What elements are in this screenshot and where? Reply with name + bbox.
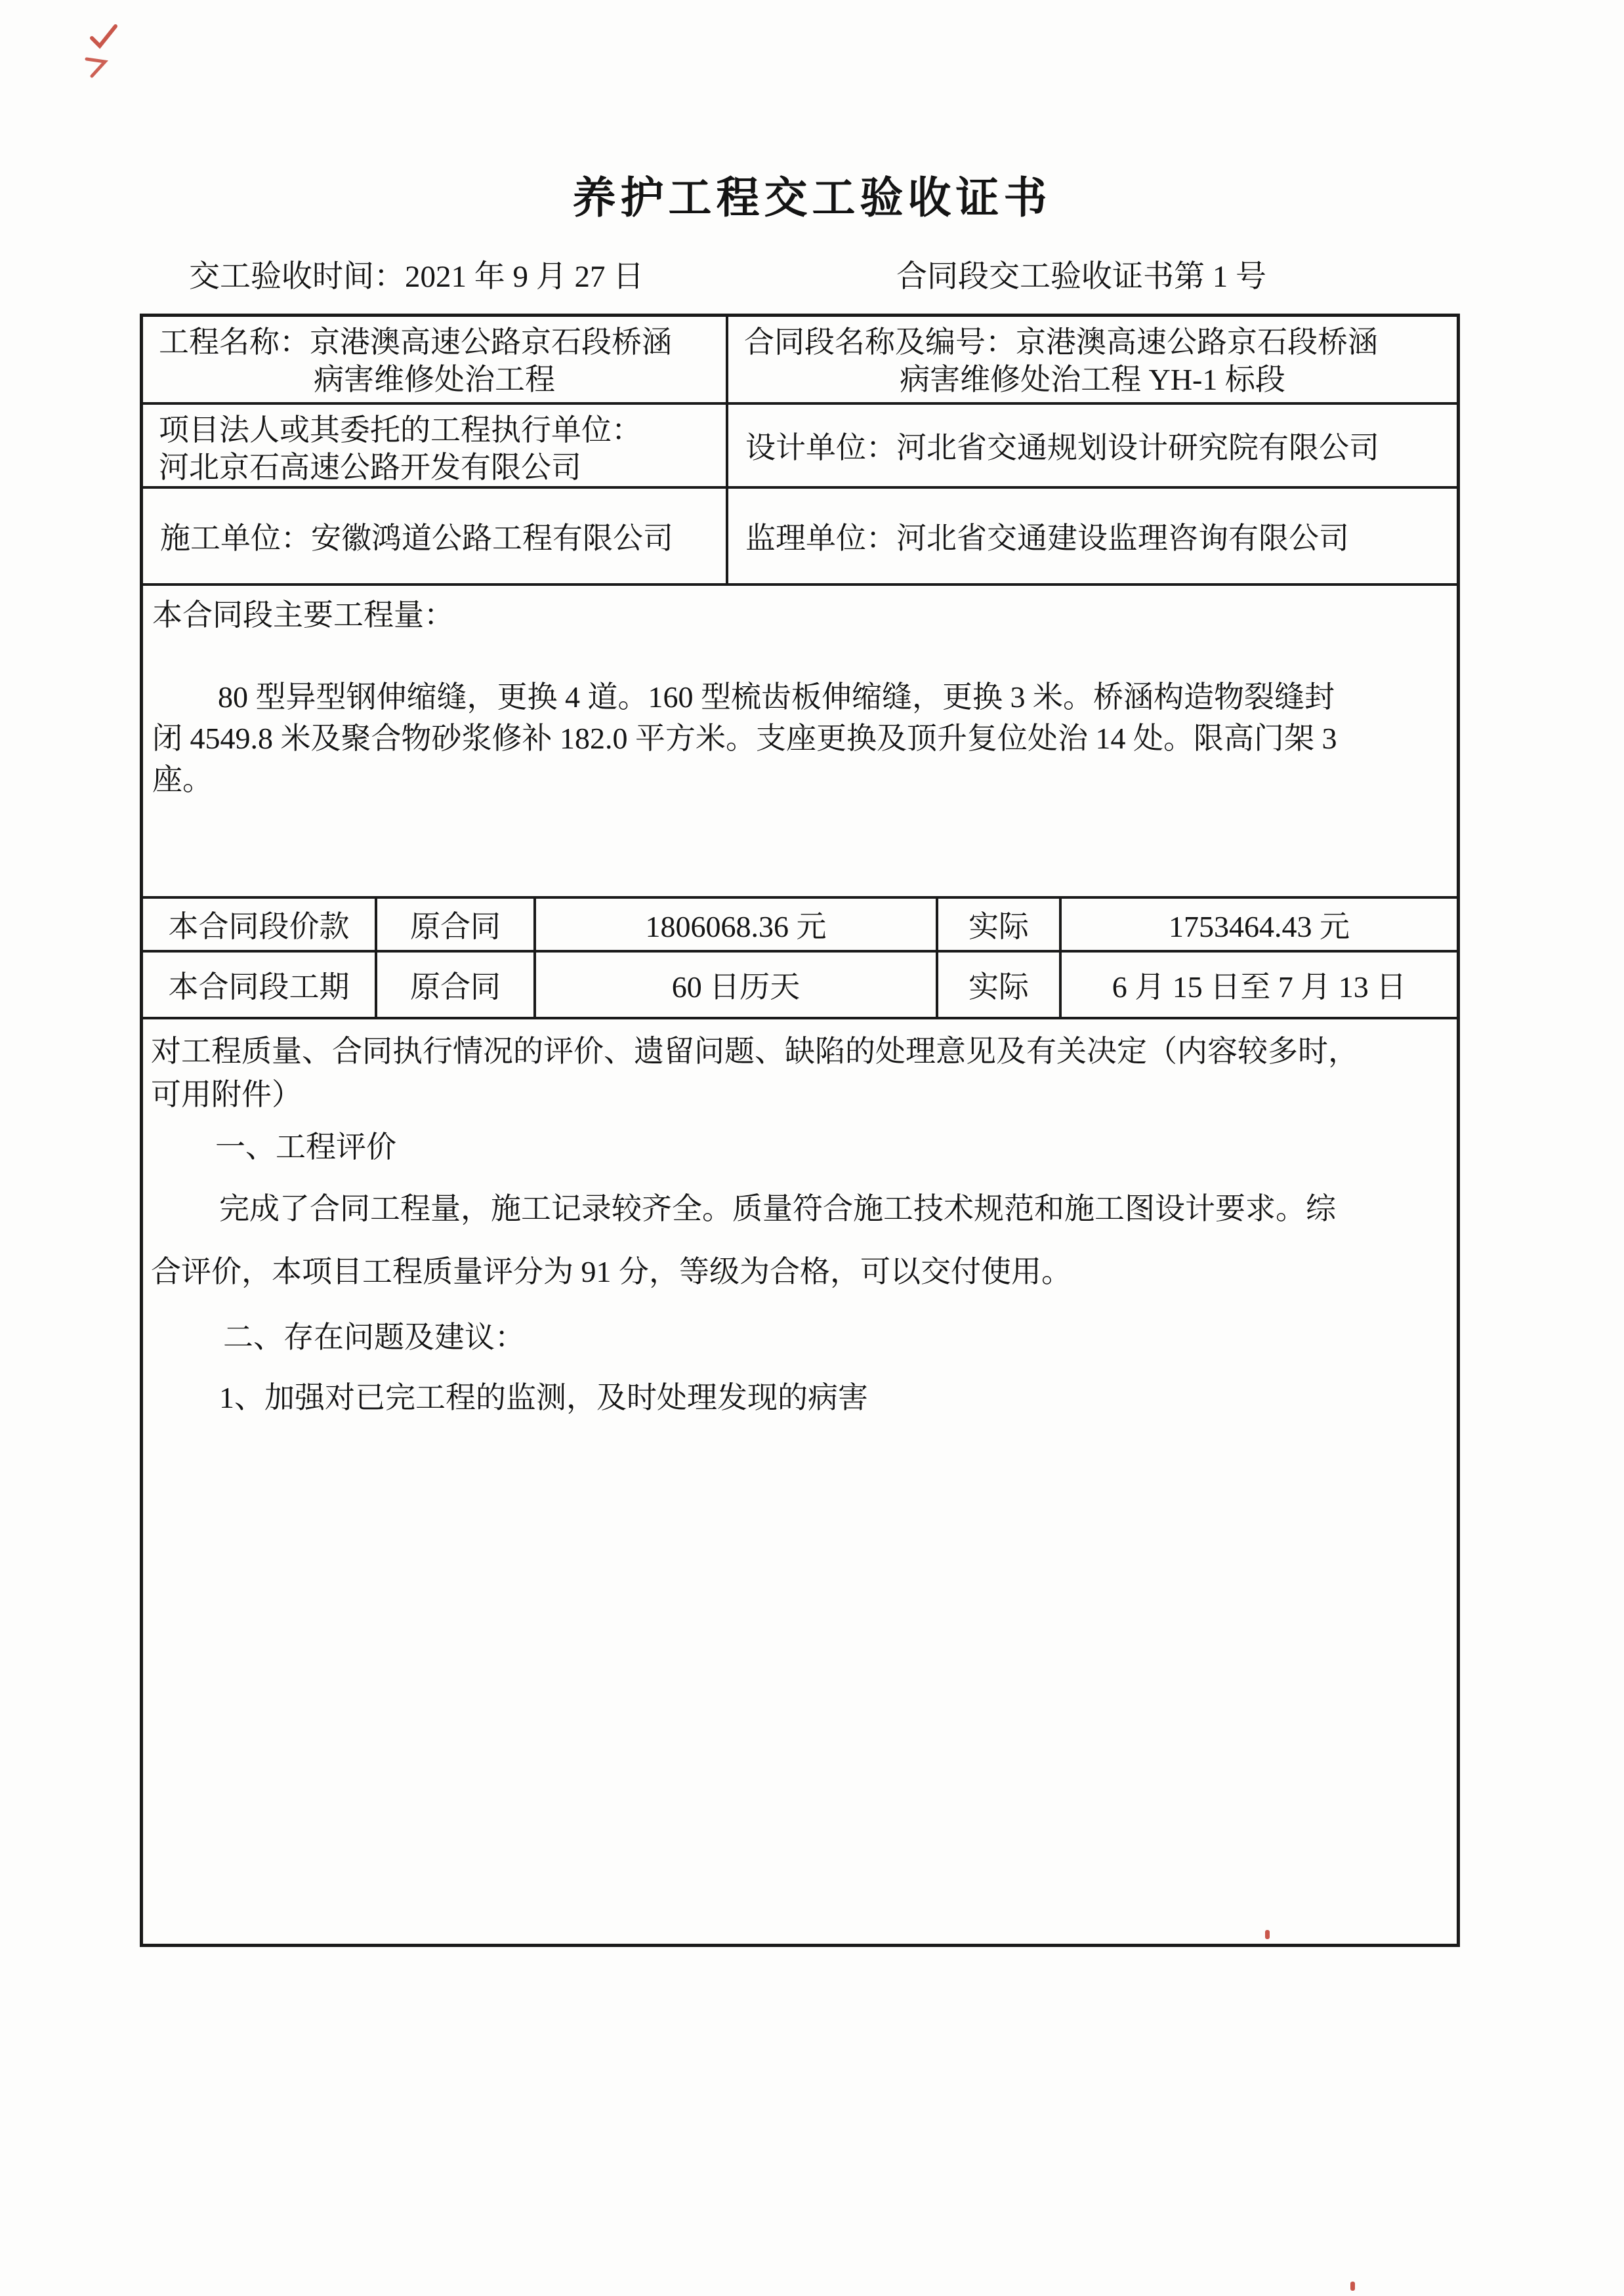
duration-actual-value: 6 月 15 日至 7 月 13 日: [1062, 953, 1457, 1017]
cell-contractor: 施工单位：安徽鸿道公路工程有限公司: [143, 489, 728, 583]
executor-line1: 项目法人或其委托的工程执行单位：: [143, 411, 726, 449]
cell-supervisor: 监理单位：河北省交通建设监理咨询有限公司: [728, 489, 1457, 583]
cell-quantities: 本合同段主要工程量： 80 型异型钢伸缩缝，更换 4 道。160 型梳齿板伸缩缝…: [143, 586, 1457, 896]
duration-original-value: 60 日历天: [536, 953, 938, 1017]
designer-text: 设计单位：河北省交通规划设计研究院有限公司: [728, 424, 1379, 467]
page-title: 养护工程交工验收证书: [0, 163, 1624, 225]
cell-executor: 项目法人或其委托的工程执行单位： 河北京石高速公路开发有限公司: [143, 405, 728, 486]
cell-designer: 设计单位：河北省交通规划设计研究院有限公司: [728, 405, 1457, 486]
evaluation-section1-line2: 合评价，本项目工程质量评分为 91 分，等级为合格，可以交付使用。: [151, 1248, 1072, 1291]
duration-actual-label: 实际: [938, 953, 1062, 1017]
contractor-text: 施工单位：安徽鸿道公路工程有限公司: [143, 514, 673, 558]
price-actual-value: 1753464.43 元: [1062, 899, 1457, 950]
table-row-contractor-supervisor: 施工单位：安徽鸿道公路工程有限公司 监理单位：河北省交通建设监理咨询有限公司: [143, 489, 1457, 586]
evaluation-section2-item: 1、加强对已完工程的监测，及时处理发现的病害: [219, 1374, 868, 1417]
price-original-label: 原合同: [377, 899, 536, 950]
cell-contract-name: 合同段名称及编号：京港澳高速公路京石段桥涵 病害维修处治工程 YH-1 标段: [728, 317, 1457, 402]
table-row-executor-designer: 项目法人或其委托的工程执行单位： 河北京石高速公路开发有限公司 设计单位：河北省…: [143, 405, 1457, 489]
quantities-line: 闭 4549.8 米及聚合物砂浆修补 182.0 平方米。支座更换及顶升复位处治…: [152, 718, 1446, 759]
project-name-line2: 病害维修处治工程: [143, 361, 726, 398]
evaluation-intro-line1: 对工程质量、合同执行情况的评价、遗留问题、缺陷的处理意见及有关决定（内容较多时，: [151, 1027, 1358, 1071]
price-original-value: 1806068.36 元: [536, 899, 938, 950]
table-row-evaluation: 对工程质量、合同执行情况的评价、遗留问题、缺陷的处理意见及有关决定（内容较多时，…: [143, 1019, 1457, 1944]
evaluation-intro-line2: 可用附件）: [151, 1071, 302, 1114]
contract-name-line2: 病害维修处治工程 YH-1 标段: [728, 361, 1457, 398]
table-row-quantities: 本合同段主要工程量： 80 型异型钢伸缩缝，更换 4 道。160 型梳齿板伸缩缝…: [143, 586, 1457, 899]
header-meta-line: 交工验收时间：2021 年 9 月 27 日 合同段交工验收证书第 1 号: [0, 252, 1624, 291]
table-row-project: 工程名称：京港澳高速公路京石段桥涵 病害维修处治工程 合同段名称及编号：京港澳高…: [143, 317, 1457, 405]
price-actual-label: 实际: [938, 899, 1062, 950]
evaluation-section1-title: 一、工程评价: [215, 1123, 396, 1166]
quantities-line: 座。: [152, 759, 1446, 800]
quantities-heading: 本合同段主要工程量：: [152, 591, 454, 634]
certificate-table: 工程名称：京港澳高速公路京石段桥涵 病害维修处治工程 合同段名称及编号：京港澳高…: [140, 314, 1460, 1947]
contract-name-line1: 合同段名称及编号：京港澳高速公路京石段桥涵: [728, 323, 1457, 361]
quantities-paragraph: 80 型异型钢伸缩缝，更换 4 道。160 型梳齿板伸缩缝，更换 3 米。桥涵构…: [152, 676, 1446, 800]
quantities-line: 80 型异型钢伸缩缝，更换 4 道。160 型梳齿板伸缩缝，更换 3 米。桥涵构…: [152, 676, 1446, 718]
red-ink-speck: [1350, 2282, 1355, 2291]
executor-line2: 河北京石高速公路开发有限公司: [143, 449, 726, 486]
supervisor-text: 监理单位：河北省交通建设监理咨询有限公司: [728, 514, 1349, 558]
duration-original-label: 原合同: [377, 953, 536, 1017]
table-row-price: 本合同段价款 原合同 1806068.36 元 实际 1753464.43 元: [143, 899, 1457, 953]
certificate-number: 合同段交工验收证书第 1 号: [896, 252, 1266, 296]
price-label: 本合同段价款: [143, 899, 377, 950]
red-ink-mark: [83, 55, 109, 79]
scanned-certificate-page: 养护工程交工验收证书 交工验收时间：2021 年 9 月 27 日 合同段交工验…: [0, 0, 1624, 2296]
project-name-line1: 工程名称：京港澳高速公路京石段桥涵: [143, 323, 726, 361]
evaluation-section2-title: 二、存在问题及建议：: [223, 1313, 525, 1357]
table-row-duration: 本合同段工期 原合同 60 日历天 实际 6 月 15 日至 7 月 13 日: [143, 953, 1457, 1019]
acceptance-time: 交工验收时间：2021 年 9 月 27 日: [189, 252, 644, 296]
cell-project-name: 工程名称：京港澳高速公路京石段桥涵 病害维修处治工程: [143, 317, 728, 402]
cell-evaluation: 对工程质量、合同执行情况的评价、遗留问题、缺陷的处理意见及有关决定（内容较多时，…: [143, 1019, 1457, 1944]
evaluation-section1-line1: 完成了合同工程量，施工记录较齐全。质量符合施工技术规范和施工图设计要求。综: [219, 1185, 1336, 1228]
red-ink-mark: [89, 24, 118, 50]
duration-label: 本合同段工期: [143, 953, 377, 1017]
